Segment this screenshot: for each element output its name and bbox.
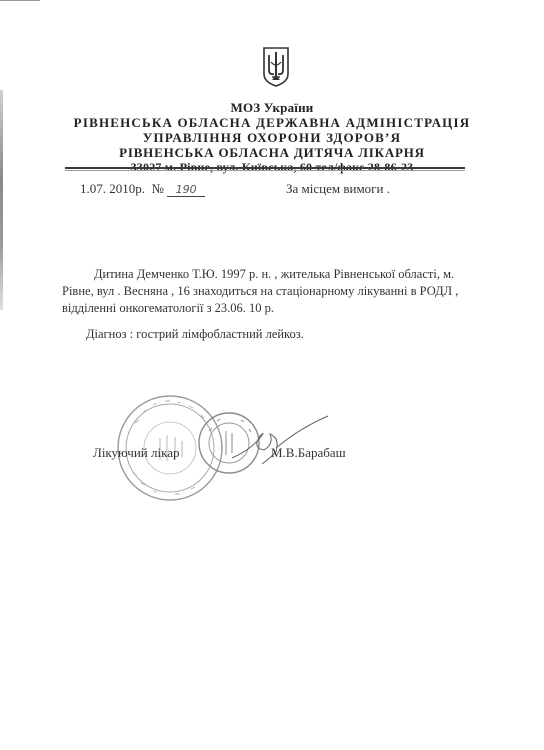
diagnosis: Діагноз : гострий лімфобластний лейкоз.: [86, 327, 304, 342]
scan-edge-top: [0, 0, 40, 1]
ministry-name: МОЗ України: [0, 100, 544, 115]
certificate-body: Дитина Демченко Т.Ю. 1997 р. н. , житель…: [62, 266, 482, 317]
date-number-line: 1.07. 2010р. № 190: [80, 181, 205, 197]
administration-name: РІВНЕНСЬКА ОБЛАСНА ДЕРЖАВНА АДМІНІСТРАЦІ…: [0, 115, 544, 130]
header-divider-thin: [65, 170, 465, 171]
trident-emblem-icon: [262, 46, 290, 88]
registration-number: 190: [167, 183, 205, 197]
letterhead: МОЗ України РІВНЕНСЬКА ОБЛАСНА ДЕРЖАВНА …: [0, 100, 544, 175]
hospital-name: РІВНЕНСЬКА ОБЛАСНА ДИТЯЧА ЛІКАРНЯ: [0, 145, 544, 160]
patient-paragraph: Дитина Демченко Т.Ю. 1997 р. н. , житель…: [62, 266, 482, 317]
addressee: За місцем вимоги .: [286, 181, 390, 197]
header-divider: [65, 167, 465, 169]
number-label: №: [152, 181, 164, 196]
signer-name: М.В.Барабаш: [271, 445, 346, 461]
document-date: 1.07. 2010р.: [80, 181, 145, 196]
signer-role: Лікуючий лікар: [93, 445, 179, 461]
department-name: УПРАВЛІННЯ ОХОРОНИ ЗДОРОВ’Я: [0, 130, 544, 145]
